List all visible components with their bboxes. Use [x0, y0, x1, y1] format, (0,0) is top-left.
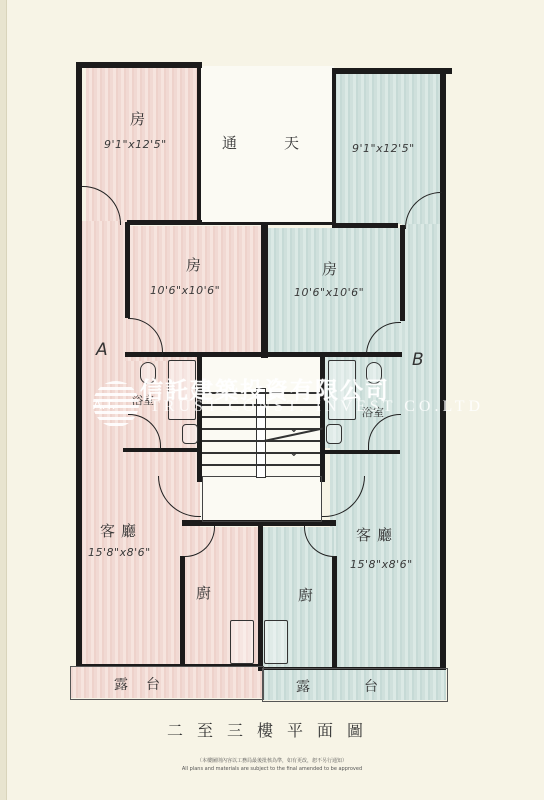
- sink-a: [182, 424, 198, 444]
- stove-b: [264, 620, 288, 664]
- balcony-a-outline: [70, 666, 264, 700]
- room-size-bedroom-a-top: 9'1"x12'5": [104, 138, 167, 151]
- disclaimer-english: All plans and materials are subject to t…: [0, 766, 544, 772]
- room-size-bedroom-b-mid: 10'6"x10'6": [294, 286, 364, 299]
- wall-a-top: [78, 62, 202, 68]
- wall-b-mid-right: [400, 225, 405, 321]
- wall-b-top-bedroom-bottom: [332, 223, 398, 228]
- stair-tread: [202, 440, 320, 442]
- lightwell-label-2: 天: [284, 132, 299, 153]
- room-size-living-b: 15'8"x8'6": [350, 558, 413, 571]
- room-label-balcony-b-1: 露: [296, 676, 310, 696]
- disclaimer-chinese: （本樓圖則內容以工務局最後批核為準，如有更改，恕不另行通知）: [0, 757, 544, 764]
- room-size-living-a: 15'8"x8'6": [88, 546, 151, 559]
- room-label-kitchen-a: 廚: [196, 582, 211, 603]
- room-label-living-a: 客廳: [100, 520, 142, 541]
- watermark-logo-text: A.T.: [93, 397, 115, 412]
- stair-tread: [202, 464, 320, 466]
- stair-tread: [202, 416, 320, 418]
- stove-a: [230, 620, 254, 664]
- wall-kitchen-b-right: [332, 556, 337, 668]
- room-size-bedroom-a-mid: 10'6"x10'6": [150, 284, 220, 297]
- lightwell-label-1: 通: [222, 132, 237, 153]
- wall-mid-divider: [261, 224, 268, 358]
- unit-marker-a: A: [96, 340, 108, 360]
- wall-a-mid-left: [125, 222, 130, 318]
- unit-b-corridor-fill: [402, 224, 444, 364]
- balcony-b-outline: [262, 668, 448, 702]
- wall-lightwell-left: [197, 62, 201, 222]
- stair-tread: [202, 452, 320, 454]
- stair-landing: [202, 476, 322, 522]
- lightwell-fill: [200, 66, 334, 222]
- wall-b-top: [332, 68, 452, 74]
- wall-a-top-bedroom-bottom: [127, 220, 202, 225]
- room-label-balcony-b-2: 台: [364, 676, 378, 696]
- wall-kitchen-a-left: [180, 556, 185, 666]
- stair-arrow-icon: ⌄: [288, 420, 300, 436]
- stair-arrow-icon: ⌄: [288, 444, 300, 460]
- wall-a-left: [76, 62, 82, 666]
- room-label-kitchen-b: 廚: [298, 584, 313, 605]
- room-label-bedroom-a-top: 房: [130, 108, 145, 129]
- room-label-living-b: 客廳: [356, 524, 398, 545]
- room-label-balcony-a-1: 露: [114, 674, 128, 694]
- unit-marker-b: B: [412, 350, 424, 370]
- wall-kitchen-divider: [258, 526, 263, 671]
- wall-lightwell-right: [332, 68, 336, 224]
- plan-title: 二至三樓平面圖: [0, 718, 544, 741]
- stair-tread: [202, 428, 320, 430]
- room-label-bedroom-a-mid: 房: [186, 254, 201, 275]
- watermark-company-english: TRUST CONST. INVEST CO.LTD: [150, 398, 484, 416]
- room-label-bedroom-b-mid: 房: [322, 258, 337, 279]
- room-label-balcony-a-2: 台: [146, 674, 160, 694]
- room-size-bedroom-b-top: 9'1"x12'5": [352, 142, 415, 155]
- sink-b: [326, 424, 342, 444]
- wall-baths-top: [125, 352, 402, 357]
- wall-b-right: [440, 68, 446, 670]
